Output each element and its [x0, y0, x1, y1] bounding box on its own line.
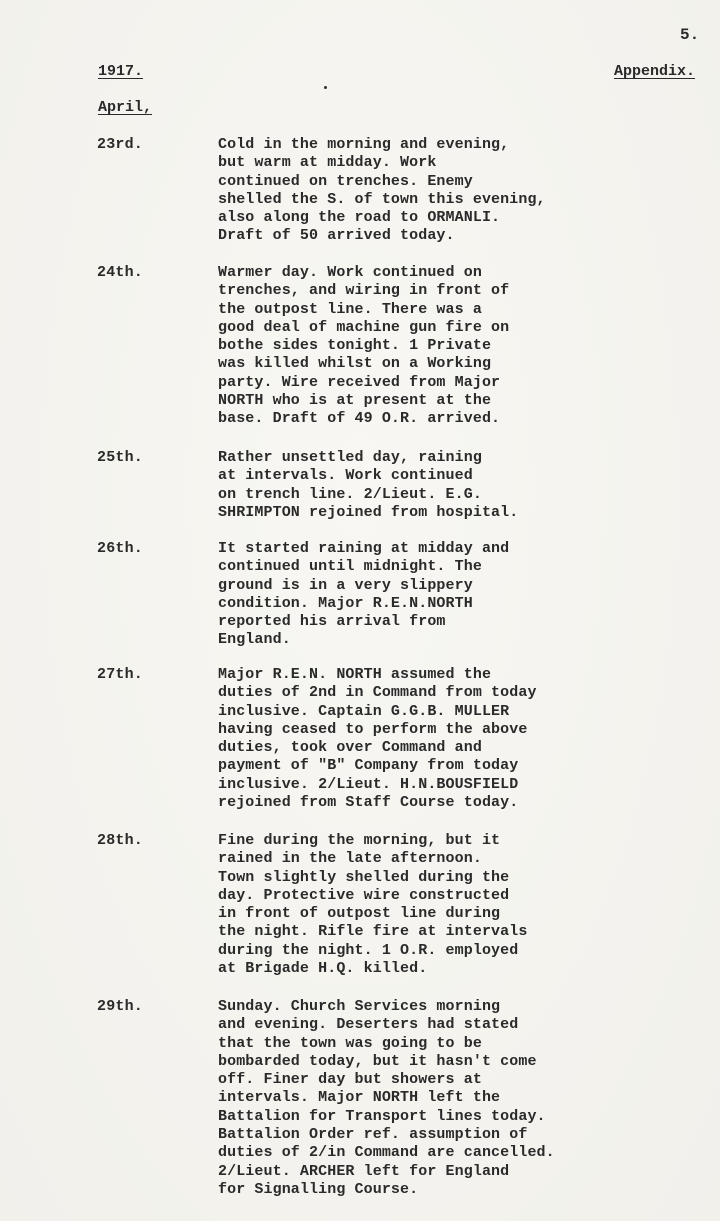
entry-text: Major R.E.N. NORTH assumed the duties of…: [218, 666, 618, 812]
page-number: 5.: [680, 26, 699, 44]
entry-text: Rather unsettled day, raining at interva…: [218, 449, 618, 522]
year-heading: 1917.: [98, 63, 143, 80]
entry-date: 27th.: [97, 666, 143, 683]
appendix-heading: Appendix.: [614, 63, 695, 80]
entry-date: 25th.: [97, 449, 143, 466]
entry-text: Fine during the morning, but it rained i…: [218, 832, 618, 978]
entry-date: 28th.: [97, 832, 143, 849]
entry-date: 23rd.: [97, 136, 143, 153]
entry-text: Sunday. Church Services morning and even…: [218, 998, 618, 1199]
entry-date: 26th.: [97, 540, 143, 557]
typed-document-page: 5. 1917. Appendix. April, 23rd. Cold in …: [0, 0, 720, 1221]
ink-speck: [324, 86, 327, 89]
entry-text: Warmer day. Work continued on trenches, …: [218, 264, 618, 429]
entry-date: 24th.: [97, 264, 143, 281]
entry-date: 29th.: [97, 998, 143, 1015]
entry-text: It started raining at midday and continu…: [218, 540, 618, 650]
entry-text: Cold in the morning and evening, but war…: [218, 136, 618, 246]
month-heading: April,: [98, 99, 152, 116]
